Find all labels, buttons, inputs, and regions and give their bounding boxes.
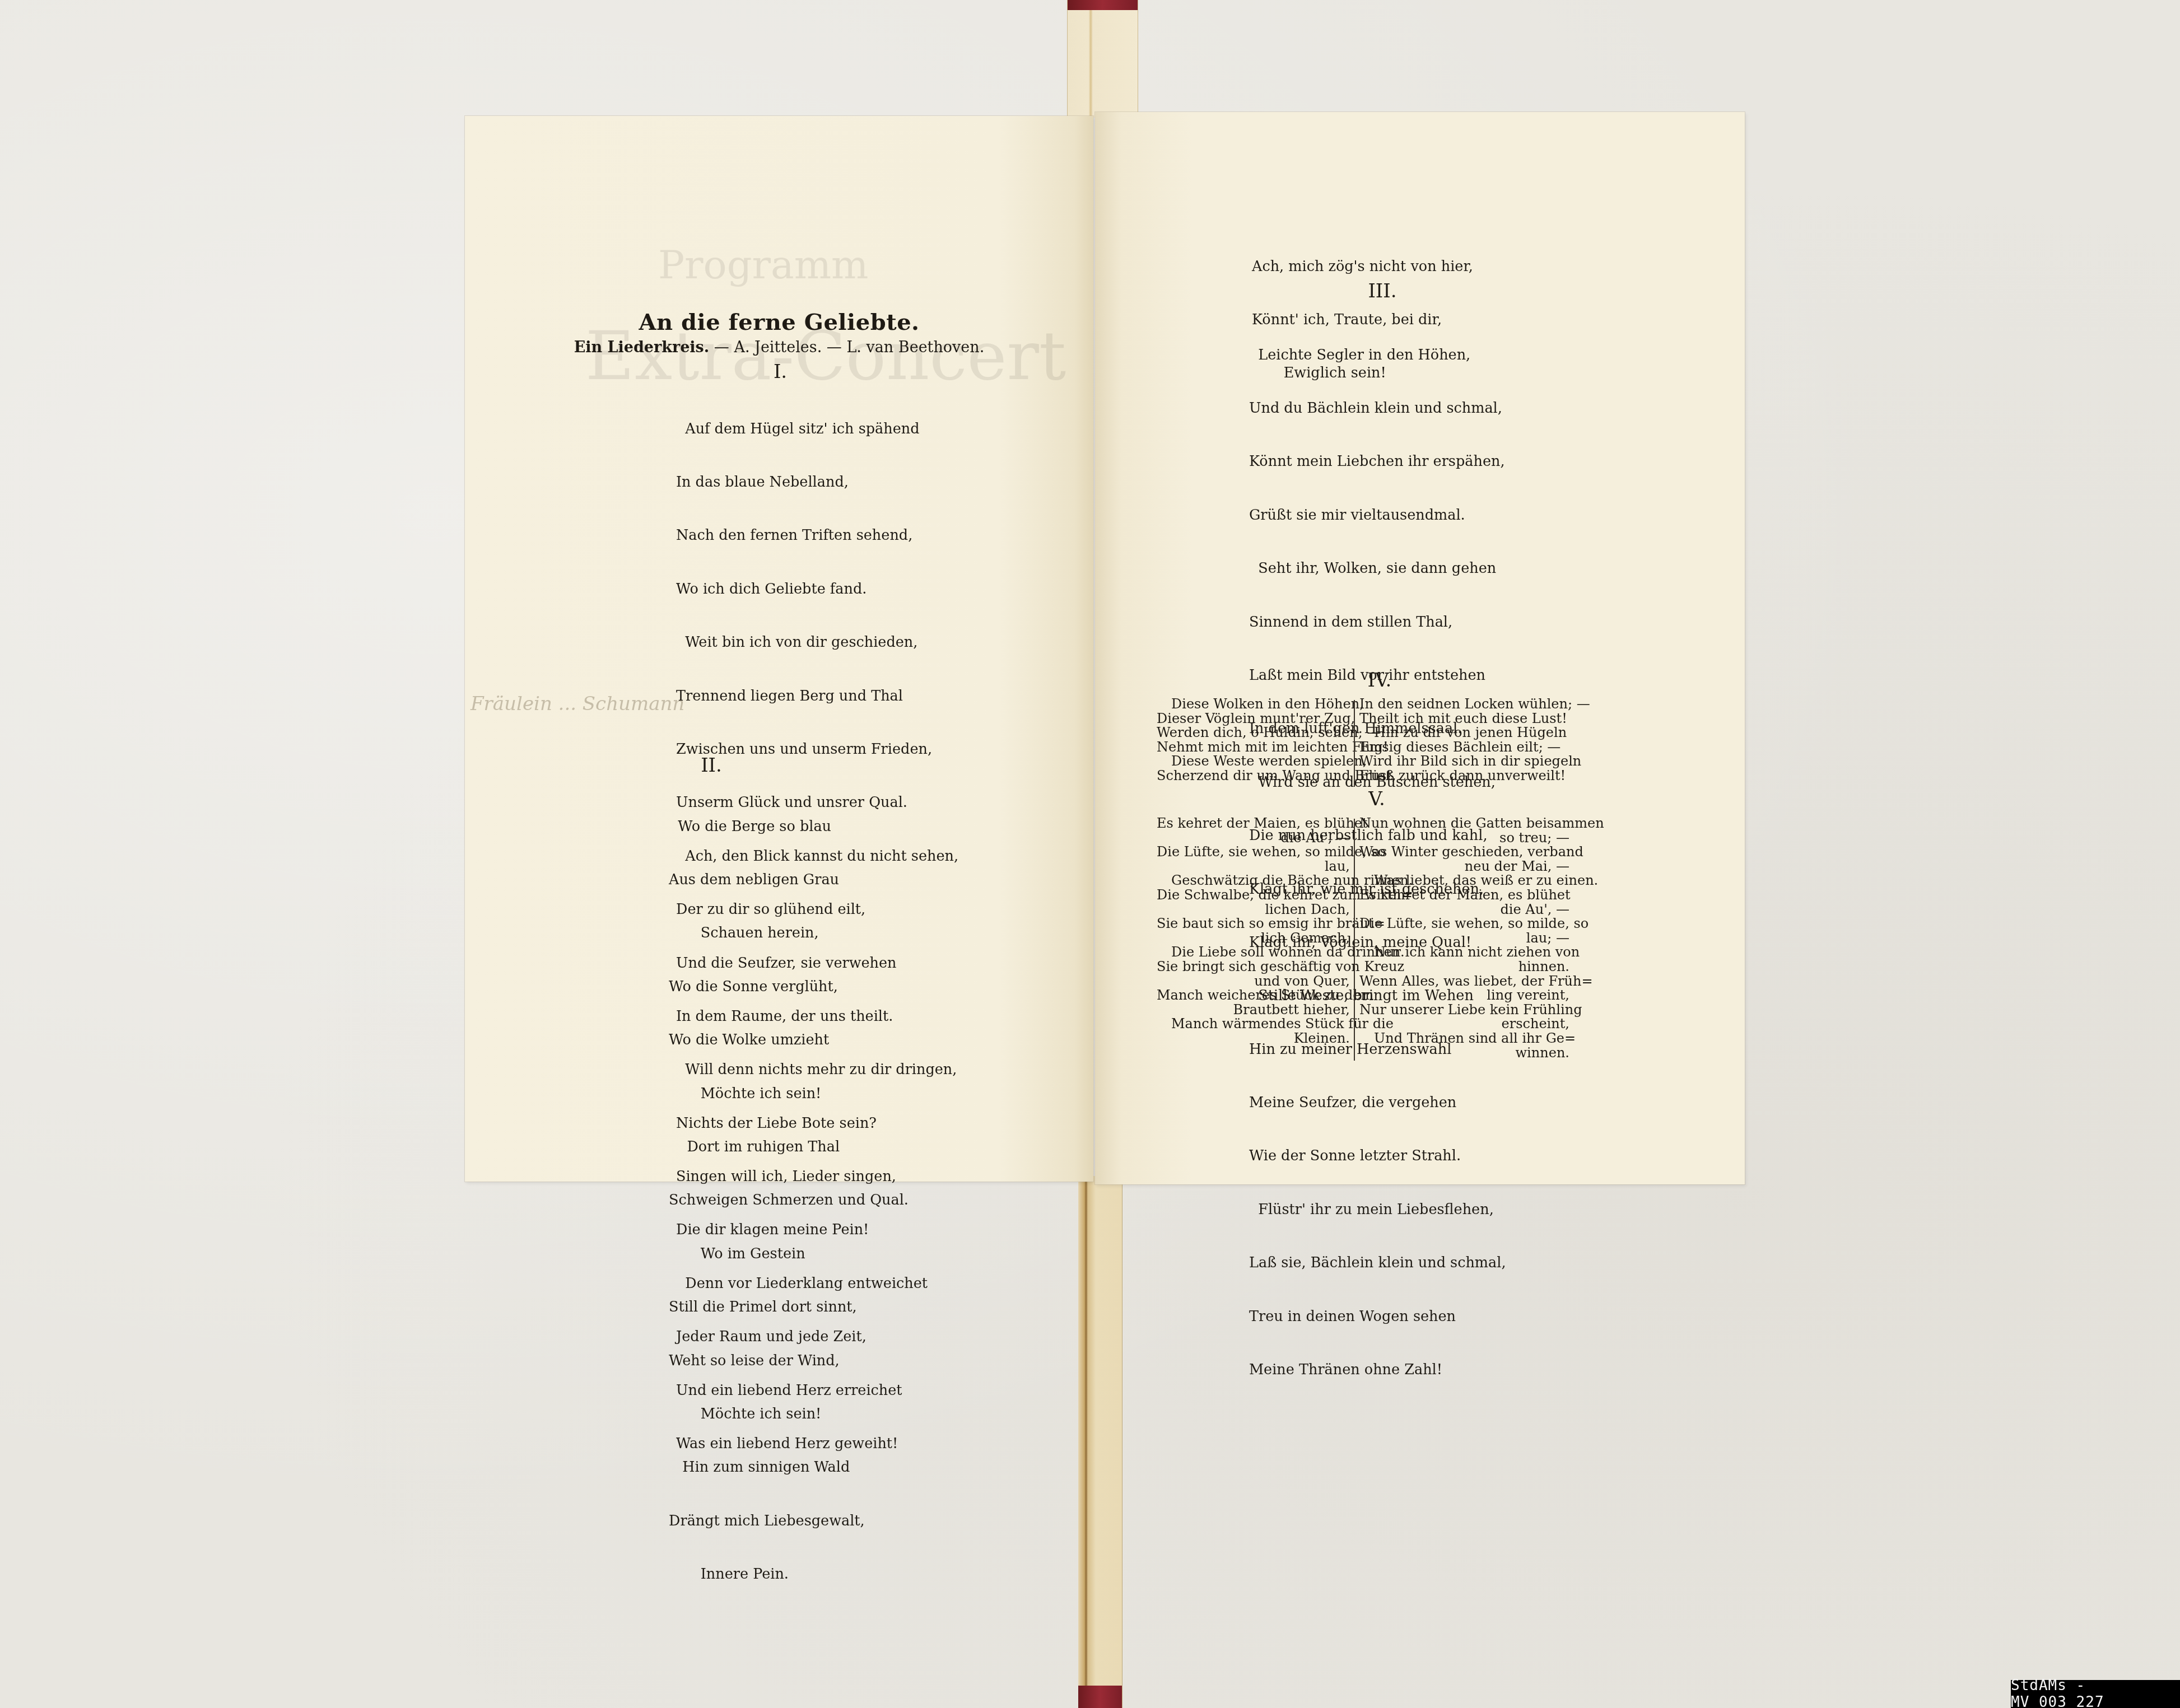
verse-line: Nehmt mich mit im leichten Flug! xyxy=(1157,740,1350,755)
verse-line: In das blaue Nebelland, xyxy=(676,474,958,492)
handwritten-note: Fräulein ... Schumann xyxy=(471,693,684,715)
verse-line: Wo die Berge so blau xyxy=(669,818,909,836)
verse-line: Es kehret der Maien, es blühet xyxy=(1157,816,1350,831)
verse-line: Möchte ich sein! xyxy=(669,1406,909,1424)
poet-credit: — A. Jeitteles. — xyxy=(714,339,842,356)
verse-line: Emsig dieses Bächlein eilt; — xyxy=(1359,740,1572,755)
column-divider xyxy=(1354,700,1355,787)
verse-line: Nun wohnen die Gatten beisammen xyxy=(1359,816,1569,831)
verse-line: Kleinen. xyxy=(1157,1032,1350,1046)
section-5-left-column: Es kehret der Maien, es blühet die Au', … xyxy=(1157,816,1350,1046)
verse-line: Werden dich, o Huldin, sehen; — xyxy=(1157,726,1350,740)
verse-line: Auf dem Hügel sitz' ich spähend xyxy=(676,421,958,438)
verse-line: In den seidnen Locken wühlen; — xyxy=(1359,697,1572,712)
verse-line: Seht ihr, Wolken, sie dann gehen xyxy=(1249,560,1506,578)
verse-line: Theilt ich mit euch diese Lust! xyxy=(1359,712,1572,726)
section-5-right-column: Nun wohnen die Gatten beisammen so treu;… xyxy=(1359,816,1569,1060)
verse-line: Sie baut sich so emsig ihr bräut= xyxy=(1157,917,1350,931)
verse-line: Treu in deinen Wogen sehen xyxy=(1249,1308,1506,1326)
verse-line: Die Lüfte, sie wehen, so milde, so xyxy=(1359,917,1569,931)
verse-line: Meine Seufzer, die vergehen xyxy=(1249,1094,1506,1112)
verse-line: lau, xyxy=(1157,860,1350,874)
verse-line: Fließ zurück dann unverweilt! xyxy=(1359,769,1572,783)
binding-cloth-bottom xyxy=(1078,1686,1122,1708)
verse-line: Wird ihr Bild sich in dir spiegeln xyxy=(1359,754,1572,769)
verse-line: Manch wärmendes Stück für die xyxy=(1157,1017,1350,1032)
binding-cloth-top xyxy=(1068,0,1138,10)
verse-line: Innere Pein. xyxy=(669,1566,909,1584)
verse-line: Wo die Sonne verglüht, xyxy=(669,978,909,996)
verse-line: Möchte ich sein! xyxy=(669,1085,909,1103)
verse-line: Die Schwalbe, die kehret zum wirth= xyxy=(1157,888,1350,903)
verse-line: Wo im Gestein xyxy=(669,1245,909,1263)
verse-line: Weht so leise der Wind, xyxy=(669,1352,909,1370)
verse-line: Leichte Segler in den Höhen, xyxy=(1249,347,1506,365)
bleed-through-heading: Programm xyxy=(658,242,868,288)
verse-line: Scherzend dir um Wang und Brust, xyxy=(1157,769,1350,783)
section-numeral-2: II. xyxy=(655,754,767,777)
verse-line: Schweigen Schmerzen und Qual. xyxy=(669,1192,909,1210)
verse-line: Sie bringt sich geschäftig von Kreuz xyxy=(1157,960,1350,974)
verse-line: Meine Thränen ohne Zahl! xyxy=(1249,1361,1506,1379)
verse-line: erscheint, xyxy=(1359,1017,1569,1032)
section-4-right-column: In den seidnen Locken wühlen; — Theilt i… xyxy=(1359,697,1572,783)
verse-line: Laß sie, Bächlein klein und schmal, xyxy=(1249,1254,1506,1272)
verse-line: Diese Weste werden spielen, xyxy=(1157,754,1350,769)
verse-line: Nur ich kann nicht ziehen von xyxy=(1359,945,1569,960)
verse-line: Was liebet, das weiß er zu einen. xyxy=(1359,874,1569,888)
verse-line: Brautbett hieher, xyxy=(1157,1003,1350,1018)
verse-line: Hin zum sinnigen Wald xyxy=(669,1459,909,1477)
verse-line: Manch weicheres Stück zu dem xyxy=(1157,988,1350,1003)
verse-line: Sinnend in dem stillen Thal, xyxy=(1249,614,1506,632)
verse-line: neu der Mai, — xyxy=(1359,860,1569,874)
verse-section-2: Wo die Berge so blau Aus dem nebligen Gr… xyxy=(669,782,909,1619)
verse-line: Flüstr' ihr zu mein Liebesflehen, xyxy=(1249,1201,1506,1219)
verse-line: Weit bin ich von dir geschieden, xyxy=(676,634,958,652)
verse-line: Drängt mich Liebesgewalt, xyxy=(669,1513,909,1530)
verse-line: Trennend liegen Berg und Thal xyxy=(676,688,958,706)
verse-line: Still die Primel dort sinnt, xyxy=(669,1299,909,1317)
section-numeral-4: IV. xyxy=(1324,669,1436,692)
verse-line: Und Thränen sind all ihr Ge= xyxy=(1359,1032,1569,1046)
verse-line: Nur unserer Liebe kein Frühling xyxy=(1359,1003,1569,1018)
verse-line: Hin zu dir von jenen Hügeln xyxy=(1359,726,1572,740)
verse-line: Und du Bächlein klein und schmal, xyxy=(1249,400,1506,418)
section-numeral-3: III. xyxy=(1326,280,1438,302)
verse-line: und von Quer, xyxy=(1157,974,1350,989)
verse-line: Diese Wolken in den Höhen, xyxy=(1157,697,1350,712)
verse-line: Was Winter geschieden, verband xyxy=(1359,845,1569,860)
verse-line: Wie der Sonne letzter Strahl. xyxy=(1249,1147,1506,1165)
archive-id-label: StdAMs - MV_003_227 xyxy=(2011,1680,2180,1708)
verse-line: Nach den fernen Triften sehend, xyxy=(676,527,958,545)
verse-line: Schauen herein, xyxy=(669,925,909,942)
verse-line: Wo ich dich Geliebte fand. xyxy=(676,581,958,599)
verse-line: die Au', — xyxy=(1157,831,1350,846)
verse-line: ling vereint, xyxy=(1359,988,1569,1003)
right-page: Ach, mich zög's nicht von hier, Könnt' i… xyxy=(1095,112,1745,1184)
verse-line: lich Gemach, xyxy=(1157,931,1350,946)
section-4-left-column: Diese Wolken in den Höhen, Dieser Vöglei… xyxy=(1157,697,1350,783)
verse-line: winnen. xyxy=(1359,1046,1569,1061)
verse-line: Dort im ruhigen Thal xyxy=(669,1138,909,1156)
verse-line: Wenn Alles, was liebet, der Früh= xyxy=(1359,974,1569,989)
left-page: Programm Extra-Concert Fräulein ... Schu… xyxy=(465,116,1093,1182)
composer-credit: L. van Beethoven. xyxy=(846,339,984,356)
verse-line: lichen Dach, xyxy=(1157,903,1350,917)
verse-line: Aus dem nebligen Grau xyxy=(669,871,909,889)
verse-line: Könnt mein Liebchen ihr erspähen, xyxy=(1249,453,1506,471)
verse-line: so treu; — xyxy=(1359,831,1569,846)
verse-line: die Au', — xyxy=(1359,903,1569,917)
binding-spine-bottom xyxy=(1078,1176,1122,1708)
section-numeral-1: I. xyxy=(724,361,836,383)
song-cycle-title: An die ferne Geliebte. xyxy=(465,309,1093,335)
song-cycle-subtitle: Ein Liederkreis. — A. Jeitteles. — L. va… xyxy=(465,339,1093,356)
verse-line: Grüßt sie mir vieltausendmal. xyxy=(1249,507,1506,525)
verse-line: lau; — xyxy=(1359,931,1569,946)
section-numeral-5: V. xyxy=(1321,788,1433,810)
verse-line: Die Liebe soll wohnen da drinnen. xyxy=(1157,945,1350,960)
verse-line: Geschwätzig die Bäche nun rinnen. xyxy=(1157,874,1350,888)
verse-line: Wo die Wolke umzieht xyxy=(669,1032,909,1049)
verse-line: Dieser Vöglein munt'rer Zug, xyxy=(1157,712,1350,726)
verse-line: Die Lüfte, sie wehen, so milde, so xyxy=(1157,845,1350,860)
verse-line: Es kehret der Maien, es blühet xyxy=(1359,888,1569,903)
cycle-label: Ein Liederkreis. xyxy=(574,339,710,356)
verse-line: Ach, mich zög's nicht von hier, xyxy=(1252,258,1473,276)
binding-spine-top xyxy=(1067,0,1138,118)
column-divider xyxy=(1354,819,1355,1061)
verse-line: hinnen. xyxy=(1359,960,1569,974)
